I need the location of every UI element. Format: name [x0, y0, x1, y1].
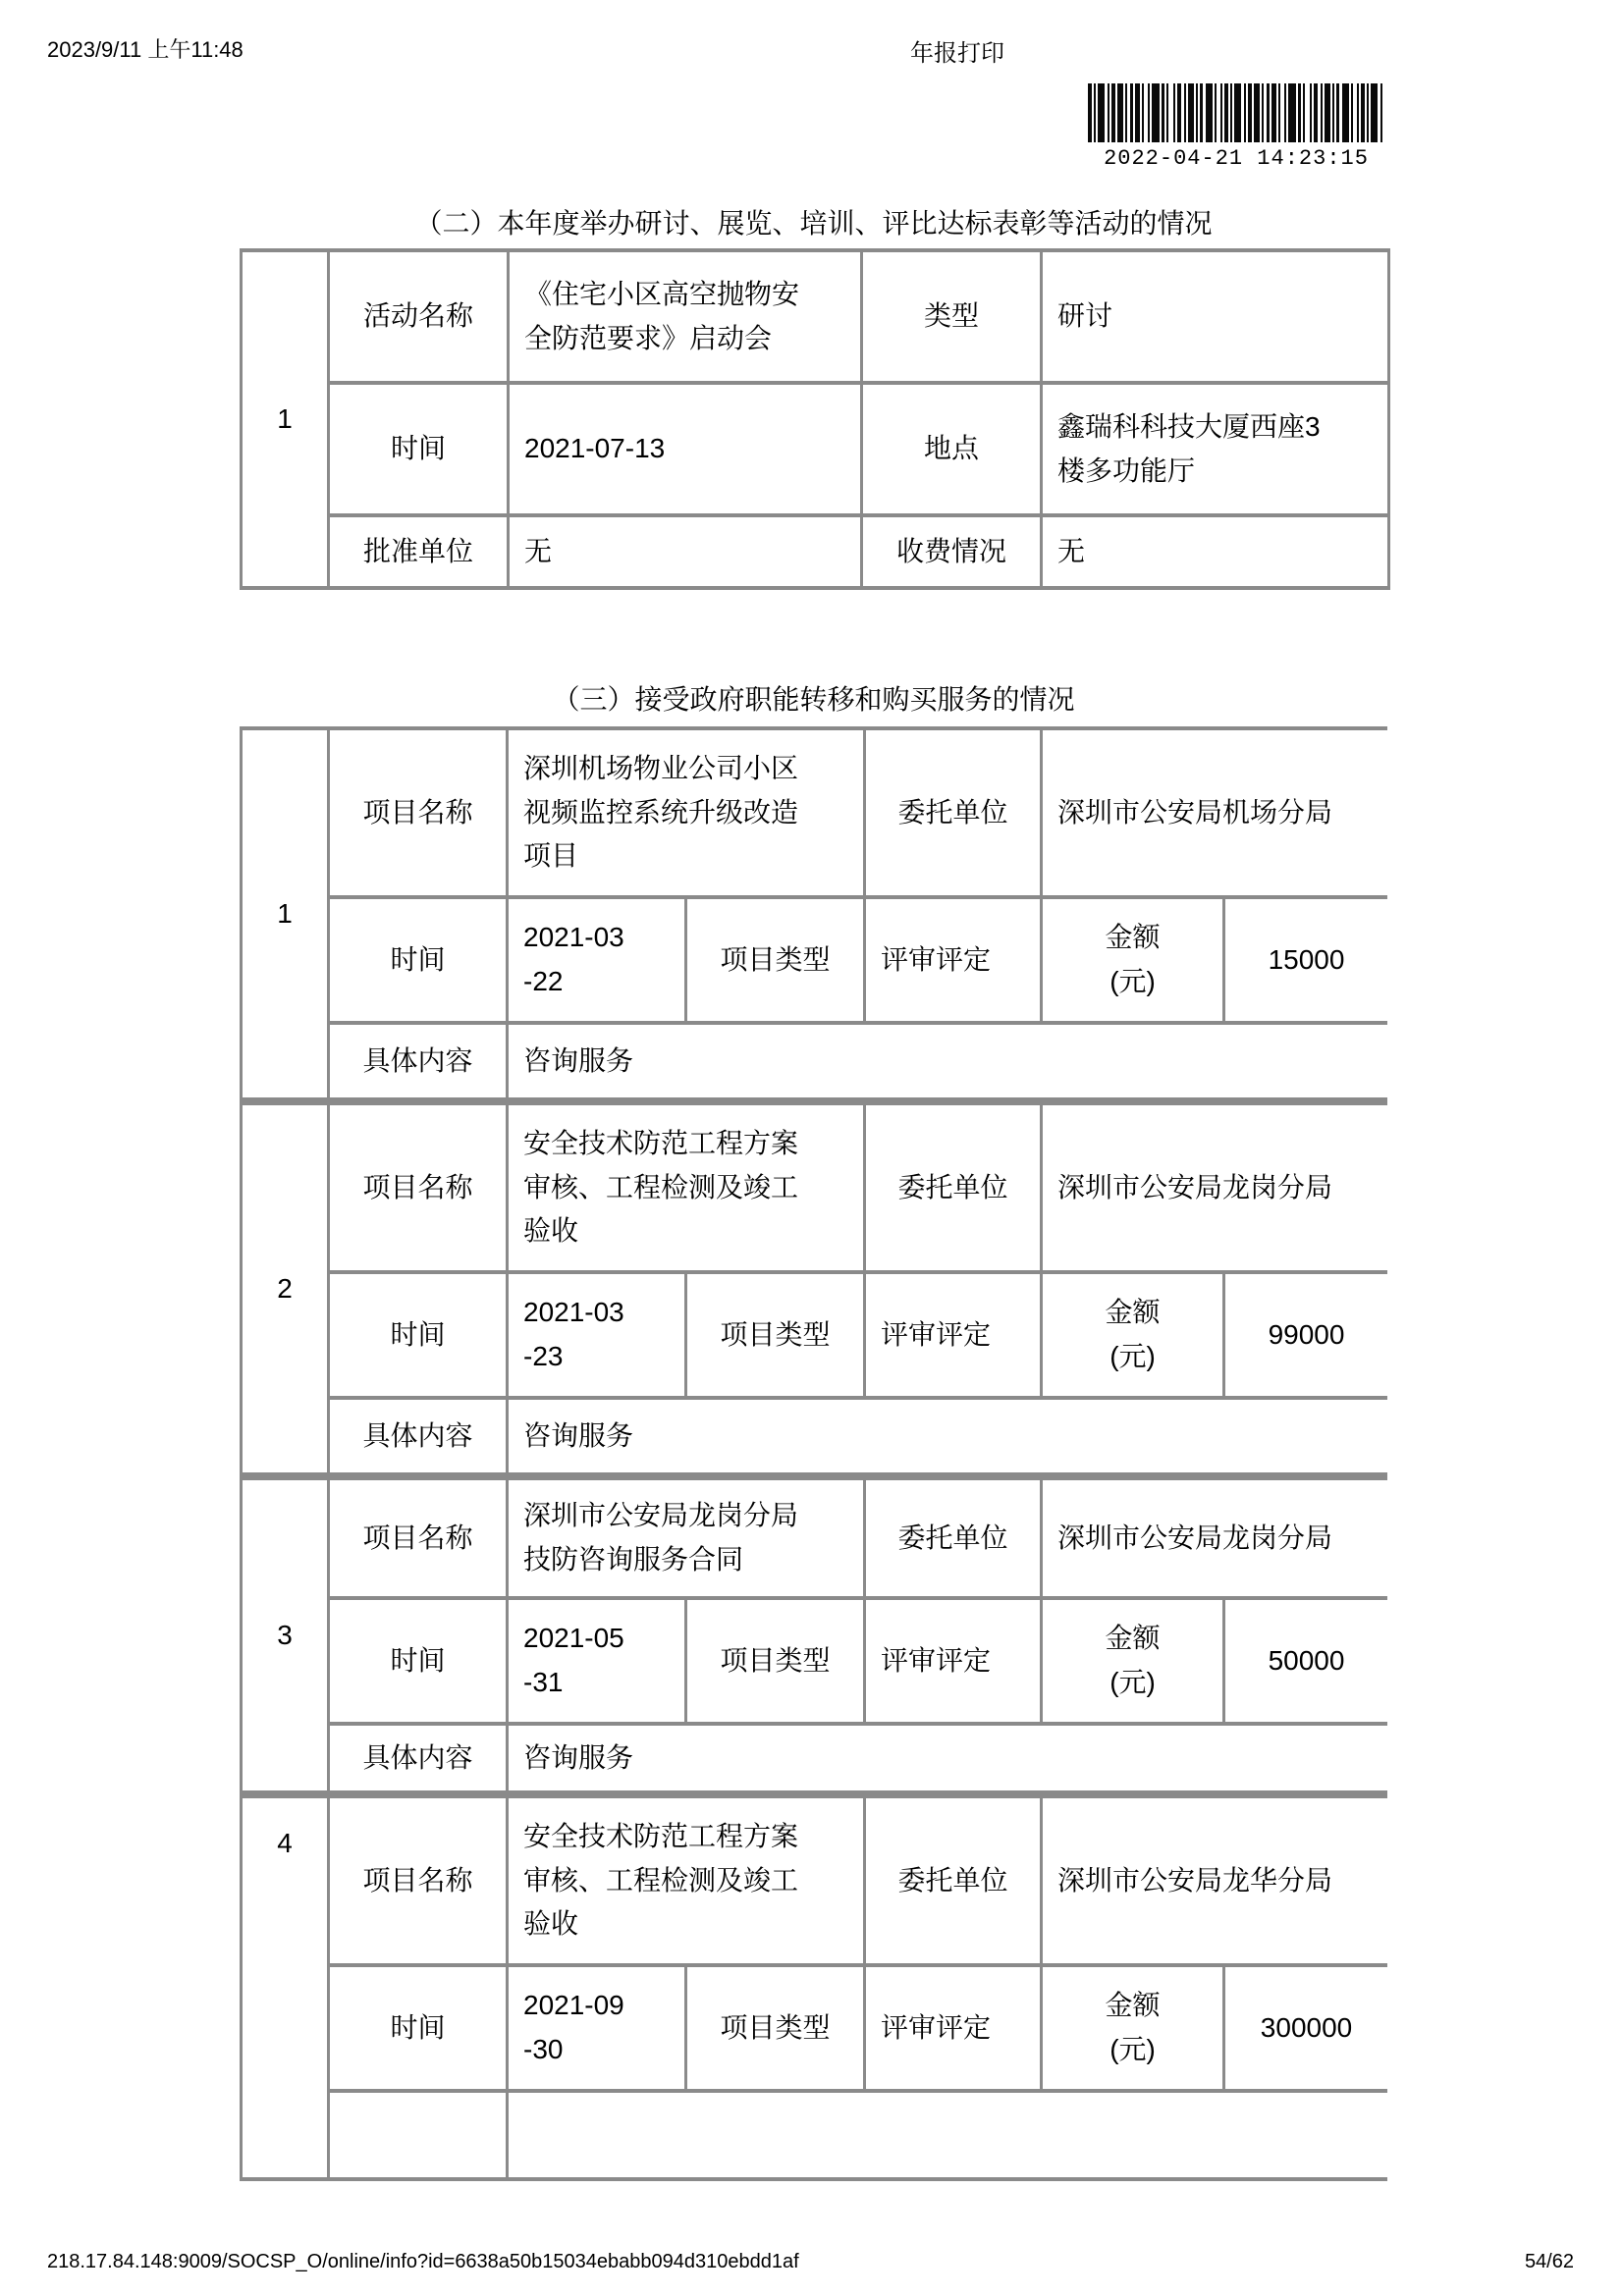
activities-table: 1 活动名称 《住宅小区高空抛物安全防范要求》启动会 类型 研讨 时间 2021…: [240, 248, 1390, 590]
project-type-label: 项目类型: [686, 1965, 865, 2091]
amount-label: 金额(元): [1042, 1965, 1224, 2091]
activity-row-number: 1: [242, 250, 329, 588]
content-label: 具体内容: [329, 1398, 508, 1474]
service-entry: 2 项目名称 安全技术防范工程方案审核、工程检测及竣工验收 委托单位 深圳市公安…: [240, 1101, 1387, 1476]
time-value: 2021-05-31: [508, 1598, 686, 1724]
time-value: 2021-09-30: [508, 1965, 686, 2091]
project-name-label: 项目名称: [329, 1796, 508, 1965]
amount-label: 金额(元): [1042, 1272, 1224, 1398]
amount-value: 300000: [1224, 1965, 1387, 2091]
annual-report-print-page: 2023/9/11 上午11:48 年报打印 2022-04-21 14:23:…: [0, 0, 1623, 2296]
activity-fee-value: 无: [1042, 515, 1389, 588]
time-label: 时间: [329, 1598, 508, 1724]
client-value: 深圳市公安局龙岗分局: [1042, 1103, 1387, 1272]
time-label: 时间: [329, 1965, 508, 2091]
activity-place-label: 地点: [862, 383, 1042, 515]
table-row: 批准单位 无 收费情况 无: [242, 515, 1389, 588]
project-name-value: 深圳机场物业公司小区视频监控系统升级改造项目: [508, 728, 865, 897]
time-label: 时间: [329, 897, 508, 1023]
table-row: 3 项目名称 深圳市公安局龙岗分局技防咨询服务合同 委托单位 深圳市公安局龙岗分…: [242, 1478, 1388, 1598]
content-value: 咨询服务: [508, 1724, 1388, 1792]
table-row: 具体内容 咨询服务: [242, 1398, 1388, 1474]
activity-time-value: 2021-07-13: [509, 383, 862, 515]
content-value: [508, 2091, 1388, 2179]
table-row: 1 活动名称 《住宅小区高空抛物安全防范要求》启动会 类型 研讨: [242, 250, 1389, 383]
amount-value: 50000: [1224, 1598, 1387, 1724]
activity-approver-label: 批准单位: [329, 515, 509, 588]
content-label: [329, 2091, 508, 2179]
amount-label-text: 金额(元): [1103, 916, 1163, 1004]
activity-approver-value: 无: [509, 515, 862, 588]
client-label: 委托单位: [865, 1478, 1042, 1598]
footer-page-number: 54/62: [1525, 2251, 1574, 2273]
table-row: 1 项目名称 深圳机场物业公司小区视频监控系统升级改造项目 委托单位 深圳市公安…: [242, 728, 1388, 897]
time-label: 时间: [329, 1272, 508, 1398]
barcode-icon: [1088, 83, 1384, 142]
barcode: 2022-04-21 14:23:15: [1088, 83, 1384, 171]
content-value: 咨询服务: [508, 1023, 1388, 1099]
services-table: 1 项目名称 深圳机场物业公司小区视频监控系统升级改造项目 委托单位 深圳市公安…: [240, 726, 1387, 2218]
activity-name-value: 《住宅小区高空抛物安全防范要求》启动会: [509, 250, 862, 383]
service-row-number: 1: [242, 728, 329, 1099]
project-name-label: 项目名称: [329, 1478, 508, 1598]
project-name-label: 项目名称: [329, 728, 508, 897]
table-row: 时间 2021-03-23 项目类型 评审评定 金额(元) 99000: [242, 1272, 1388, 1398]
project-type-value: 评审评定: [865, 1598, 1042, 1724]
activity-fee-label: 收费情况: [862, 515, 1042, 588]
service-entry: 1 项目名称 深圳机场物业公司小区视频监控系统升级改造项目 委托单位 深圳市公安…: [240, 726, 1387, 1101]
project-type-label: 项目类型: [686, 897, 865, 1023]
client-value: 深圳市公安局龙岗分局: [1042, 1478, 1387, 1598]
project-type-label: 项目类型: [686, 1598, 865, 1724]
service-entry: 3 项目名称 深圳市公安局龙岗分局技防咨询服务合同 委托单位 深圳市公安局龙岗分…: [240, 1476, 1387, 1794]
activity-type-label: 类型: [862, 250, 1042, 383]
content-label: 具体内容: [329, 1023, 508, 1099]
content-value: 咨询服务: [508, 1398, 1388, 1474]
amount-value: 15000: [1224, 897, 1387, 1023]
barcode-timestamp: 2022-04-21 14:23:15: [1088, 146, 1384, 171]
amount-value: 99000: [1224, 1272, 1387, 1398]
page-title: 年报打印: [766, 33, 1149, 68]
table-row: 时间 2021-05-31 项目类型 评审评定 金额(元) 50000: [242, 1598, 1388, 1724]
project-name-label: 项目名称: [329, 1103, 508, 1272]
amount-label: 金额(元): [1042, 897, 1224, 1023]
table-row: 具体内容 咨询服务: [242, 1023, 1388, 1099]
amount-label-text: 金额(元): [1103, 1291, 1163, 1379]
service-row-number: 2: [242, 1103, 329, 1474]
client-label: 委托单位: [865, 728, 1042, 897]
content-label: 具体内容: [329, 1724, 508, 1792]
table-row: 4 项目名称 安全技术防范工程方案审核、工程检测及竣工验收 委托单位 深圳市公安…: [242, 1796, 1388, 1965]
amount-label: 金额(元): [1042, 1598, 1224, 1724]
section-two-title: （二）本年度举办研讨、展览、培训、评比达标表彰等活动的情况: [240, 208, 1387, 240]
activity-type-value: 研讨: [1042, 250, 1389, 383]
activity-time-label: 时间: [329, 383, 509, 515]
project-name-value: 深圳市公安局龙岗分局技防咨询服务合同: [508, 1478, 865, 1598]
client-label: 委托单位: [865, 1796, 1042, 1965]
table-row: [242, 2091, 1388, 2179]
project-name-value: 安全技术防范工程方案审核、工程检测及竣工验收: [508, 1796, 865, 1965]
client-value: 深圳市公安局龙华分局: [1042, 1796, 1387, 1965]
table-row: 时间 2021-03-22 项目类型 评审评定 金额(元) 15000: [242, 897, 1388, 1023]
time-value: 2021-03-23: [508, 1272, 686, 1398]
footer-url: 218.17.84.148:9009/SOCSP_O/online/info?i…: [47, 2251, 799, 2273]
time-value: 2021-03-22: [508, 897, 686, 1023]
amount-label-text: 金额(元): [1103, 1984, 1163, 2072]
service-row-number: 4: [242, 1796, 329, 2179]
table-row: 时间 2021-09-30 项目类型 评审评定 金额(元) 300000: [242, 1965, 1388, 2091]
service-row-number: 3: [242, 1478, 329, 1792]
project-name-value: 安全技术防范工程方案审核、工程检测及竣工验收: [508, 1103, 865, 1272]
table-row: 2 项目名称 安全技术防范工程方案审核、工程检测及竣工验收 委托单位 深圳市公安…: [242, 1103, 1388, 1272]
amount-label-text: 金额(元): [1103, 1617, 1163, 1705]
client-label: 委托单位: [865, 1103, 1042, 1272]
table-row: 时间 2021-07-13 地点 鑫瑞科科技大厦西座3楼多功能厅: [242, 383, 1389, 515]
project-type-value: 评审评定: [865, 1272, 1042, 1398]
table-row: 具体内容 咨询服务: [242, 1724, 1388, 1792]
project-type-value: 评审评定: [865, 1965, 1042, 2091]
project-type-label: 项目类型: [686, 1272, 865, 1398]
section-three-title: （三）接受政府职能转移和购买服务的情况: [240, 684, 1387, 716]
print-timestamp: 2023/9/11 上午11:48: [47, 33, 243, 64]
activity-place-value: 鑫瑞科科技大厦西座3楼多功能厅: [1042, 383, 1389, 515]
service-entry: 4 项目名称 安全技术防范工程方案审核、工程检测及竣工验收 委托单位 深圳市公安…: [240, 1794, 1387, 2181]
activity-name-label: 活动名称: [329, 250, 509, 383]
project-type-value: 评审评定: [865, 897, 1042, 1023]
client-value: 深圳市公安局机场分局: [1042, 728, 1387, 897]
